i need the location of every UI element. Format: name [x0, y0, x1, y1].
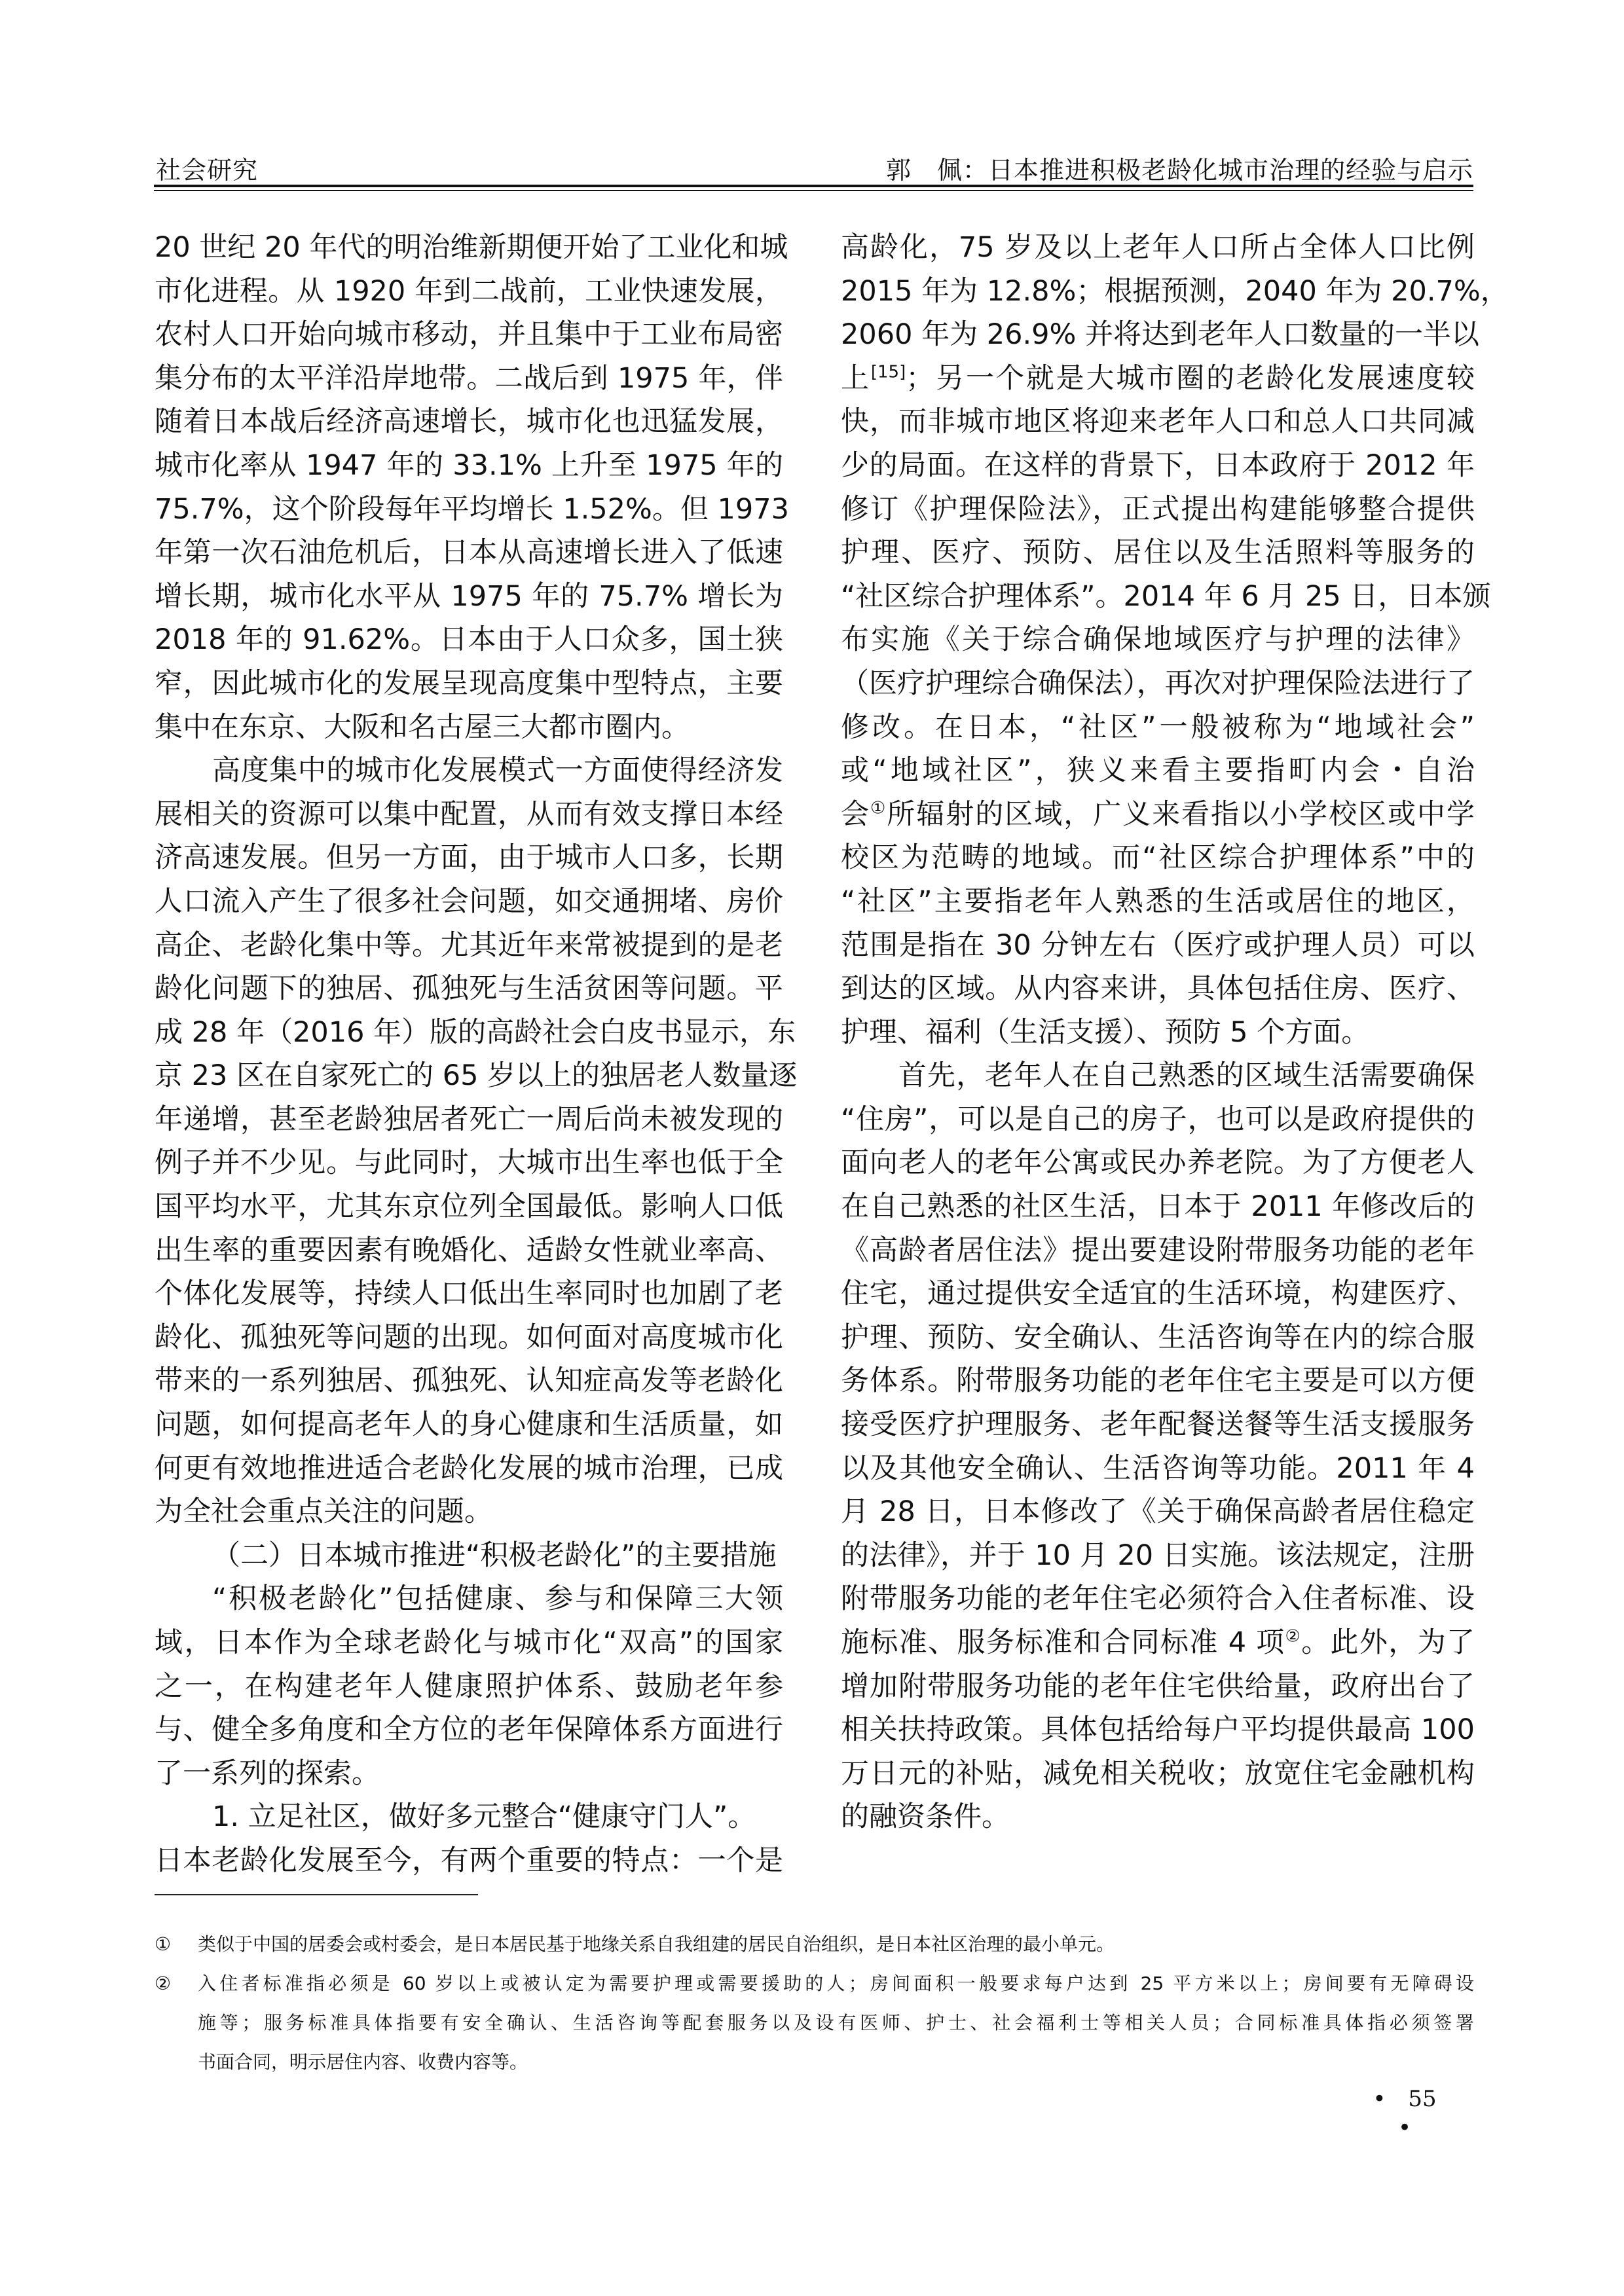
text-line: 域，日本作为全球老龄化与城市化“双高”的国家 — [155, 1621, 783, 1665]
text-line: 2015 年为 12.8%；根据预测，2040 年为 20.7%， — [841, 270, 1475, 314]
text-line: 集中在东京、大阪和名古屋三大都市圈内。 — [155, 706, 783, 750]
text-line: 《高龄者居住法》提出要建设附带服务功能的老年 — [841, 1229, 1475, 1273]
text-line: 为全社会重点关注的问题。 — [155, 1490, 783, 1534]
text-line: 上[15]；另一个就是大城市圈的老龄化发展速度较 — [841, 357, 1475, 401]
text-line: 护理、预防、安全确认、生活咨询等在内的综合服 — [841, 1316, 1475, 1360]
footnote-marker: ② — [155, 1964, 171, 2003]
text-line: 的融资条件。 — [841, 1795, 1475, 1839]
text-line: 护理、福利（生活支援）、预防 5 个方面。 — [841, 1011, 1475, 1055]
text-line: 问题，如何提高老年人的身心健康和生活质量，如 — [155, 1403, 783, 1447]
text-line: “社区”主要指老年人熟悉的生活或居住的地区， — [841, 880, 1475, 924]
text-line: 到达的区域。从内容来讲，具体包括住房、医疗、 — [841, 967, 1475, 1011]
text-line: 京 23 区在自家死亡的 65 岁以上的独居老人数量逐 — [155, 1054, 783, 1098]
right-column: 高龄化，75 岁及以上老年人口所占全体人口比例2015 年为 12.8%；根据预… — [841, 226, 1475, 1839]
text-line: 2060 年为 26.9% 并将达到老年人口数量的一半以 — [841, 313, 1475, 357]
text-line: 龄化问题下的独居、孤独死与生活贫困等问题。平 — [155, 967, 783, 1011]
footnote-separator — [155, 1894, 478, 1895]
running-header-journal: 社会研究 — [156, 156, 258, 185]
text-line: 国平均水平，尤其东京位列全国最低。影响人口低 — [155, 1185, 783, 1229]
text-line: 布实施《关于综合确保地域医疗与护理的法律》 — [841, 618, 1475, 662]
text-line: 农村人口开始向城市移动，并且集中于工业布局密 — [155, 313, 783, 357]
text-line: 济高速发展。但另一方面，由于城市人口多，长期 — [155, 836, 783, 880]
text-line: “积极老龄化”包括健康、参与和保障三大领 — [155, 1577, 783, 1621]
footnote-marker: ① — [155, 1925, 171, 1964]
footnote-1: ①类似于中国的居委会或村委会，是日本居民基于地缘关系自我组建的居民自治组织，是日… — [155, 1925, 1474, 1964]
text-line: 了一系列的探索。 — [155, 1752, 783, 1796]
text-line: 20 世纪 20 年代的明治维新期便开始了工业化和城 — [155, 226, 783, 270]
text-line: 护理、医疗、预防、居住以及生活照料等服务的 — [841, 531, 1475, 575]
text-line: 75.7%，这个阶段每年平均增长 1.52%。但 1973 — [155, 488, 783, 532]
text-line: 城市化率从 1947 年的 33.1% 上升至 1975 年的 — [155, 444, 783, 488]
text-line: 万日元的补贴，减免相关税收；放宽住宅金融机构 — [841, 1752, 1475, 1796]
text-line: 校区为范畴的地域。而“社区综合护理体系”中的 — [841, 836, 1475, 880]
text-line: 相关扶持政策。具体包括给每户平均提供最高 100 — [841, 1708, 1475, 1752]
text-line: 范围是指在 30 分钟左右（医疗或护理人员）可以 — [841, 924, 1475, 968]
text-line: 展相关的资源可以集中配置，从而有效支撑日本经 — [155, 793, 783, 837]
text-line: 出生率的重要因素有晚婚化、适龄女性就业率高、 — [155, 1229, 783, 1273]
text-line: 施标准、服务标准和合同标准 4 项②。此外，为了 — [841, 1621, 1475, 1665]
text-line: 窄，因此城市化的发展呈现高度集中型特点，主要 — [155, 662, 783, 706]
text-line: 个体化发展等，持续人口低出生率同时也加剧了老 — [155, 1272, 783, 1316]
text-line: 附带服务功能的老年住宅必须符合入住者标准、设 — [841, 1577, 1475, 1621]
text-line: 年递增，甚至老龄独居者死亡一周后尚未被发现的 — [155, 1098, 783, 1142]
text-line: 以及其他安全确认、生活咨询等功能。2011 年 4 — [841, 1447, 1475, 1491]
text-line: 随着日本战后经济高速增长，城市化也迅猛发展， — [155, 400, 783, 444]
text-line: 增长期，城市化水平从 1975 年的 75.7% 增长为 — [155, 575, 783, 619]
text-line: 面向老人的老年公寓或民办养老院。为了方便老人 — [841, 1141, 1475, 1185]
footnote-2: ②入住者标准指必须是 60 岁以上或被认定为需要护理或需要援助的人；房间面积一般… — [155, 1964, 1474, 2082]
text-line: 修订《护理保险法》，正式提出构建能够整合提供 — [841, 488, 1475, 532]
text-line: 龄化、孤独死等问题的出现。如何面对高度城市化 — [155, 1316, 783, 1360]
text-line: 快，而非城市地区将迎来老年人口和总人口共同减 — [841, 400, 1475, 444]
text-line: 市化进程。从 1920 年到二战前，工业快速发展， — [155, 270, 783, 314]
footnote-text-line: 类似于中国的居委会或村委会，是日本居民基于地缘关系自我组建的居民自治组织，是日本… — [198, 1925, 1474, 1964]
left-column: 20 世纪 20 年代的明治维新期便开始了工业化和城市化进程。从 1920 年到… — [155, 226, 783, 1883]
text-line: 住宅，通过提供安全适宜的生活环境，构建医疗、 — [841, 1272, 1475, 1316]
header-rule-thin — [154, 190, 1473, 191]
text-line: 人口流入产生了很多社会问题，如交通拥堵、房价 — [155, 880, 783, 924]
text-line: “社区综合护理体系”。2014 年 6 月 25 日，日本颁 — [841, 575, 1475, 619]
text-line: （医疗护理综合确保法），再次对护理保险法进行了 — [841, 662, 1475, 706]
text-line: 月 28 日，日本修改了《关于确保高龄者居住稳定 — [841, 1490, 1475, 1534]
text-line: 与、健全多角度和全方位的老年保障体系方面进行 — [155, 1708, 783, 1752]
text-line: 首先，老年人在自己熟悉的区域生活需要确保 — [841, 1054, 1475, 1098]
footnotes: ①类似于中国的居委会或村委会，是日本居民基于地缘关系自我组建的居民自治组织，是日… — [155, 1925, 1474, 2082]
reference-marker: [15] — [871, 362, 906, 382]
text-line: （二）日本城市推进“积极老龄化”的主要措施 — [155, 1534, 783, 1578]
text-line: 少的局面。在这样的背景下，日本政府于 2012 年 — [841, 444, 1475, 488]
footnote-text-line: 施等；服务标准具体指要有安全确认、生活咨询等配套服务以及设有医师、护士、社会福利… — [198, 2003, 1474, 2043]
text-line: “住房”，可以是自己的房子，也可以是政府提供的 — [841, 1098, 1475, 1142]
text-line: 的法律》，并于 10 月 20 日实施。该法规定，注册 — [841, 1534, 1475, 1578]
footnote-text-line: 书面合同，明示居住内容、收费内容等。 — [198, 2043, 1474, 2082]
text-line: 或“地域社区”，狭义来看主要指町内会・自治 — [841, 749, 1475, 793]
footnote-text-line: 入住者标准指必须是 60 岁以上或被认定为需要护理或需要援助的人；房间面积一般要… — [198, 1964, 1474, 2003]
text-line: 高企、老龄化集中等。尤其近年来常被提到的是老 — [155, 924, 783, 968]
text-line: 在自己熟悉的社区生活，日本于 2011 年修改后的 — [841, 1185, 1475, 1229]
text-line: 带来的一系列独居、孤独死、认知症高发等老龄化 — [155, 1359, 783, 1403]
text-line: 年第一次石油危机后，日本从高速增长进入了低速 — [155, 531, 783, 575]
text-line: 高度集中的城市化发展模式一方面使得经济发 — [155, 749, 783, 793]
text-line: 之一，在构建老年人健康照护体系、鼓励老年参 — [155, 1665, 783, 1709]
text-line: 成 28 年（2016 年）版的高龄社会白皮书显示，东 — [155, 1011, 783, 1055]
text-line: 高龄化，75 岁及以上老年人口所占全体人口比例 — [841, 226, 1475, 270]
text-line: 会①所辐射的区域，广义来看指以小学校区或中学 — [841, 793, 1475, 837]
text-line: 集分布的太平洋沿岸地带。二战后到 1975 年，伴 — [155, 357, 783, 401]
reference-marker: ② — [1285, 1627, 1302, 1647]
text-line: 务体系。附带服务功能的老年住宅主要是可以方便 — [841, 1359, 1475, 1403]
header-rule-thick — [154, 185, 1473, 187]
text-line: 接受医疗护理服务、老年配餐送餐等生活支援服务 — [841, 1403, 1475, 1447]
text-line: 修改。在日本，“社区”一般被称为“地域社会” — [841, 706, 1475, 750]
text-line: 1. 立足社区，做好多元整合“健康守门人”。 — [155, 1795, 783, 1839]
page-number: • 55 • — [1356, 2085, 1454, 2142]
text-line: 何更有效地推进适合老龄化发展的城市治理，已成 — [155, 1447, 783, 1491]
reference-marker: ① — [870, 798, 887, 818]
text-line: 日本老龄化发展至今，有两个重要的特点：一个是 — [155, 1839, 783, 1883]
text-line: 增加附带服务功能的老年住宅供给量，政府出台了 — [841, 1665, 1475, 1709]
text-line: 2018 年的 91.62%。日本由于人口众多，国土狭 — [155, 618, 783, 662]
running-header-article-title: 郭 佩：日本推进积极老龄化城市治理的经验与启示 — [886, 156, 1473, 185]
text-line: 例子并不少见。与此同时，大城市出生率也低于全 — [155, 1141, 783, 1185]
